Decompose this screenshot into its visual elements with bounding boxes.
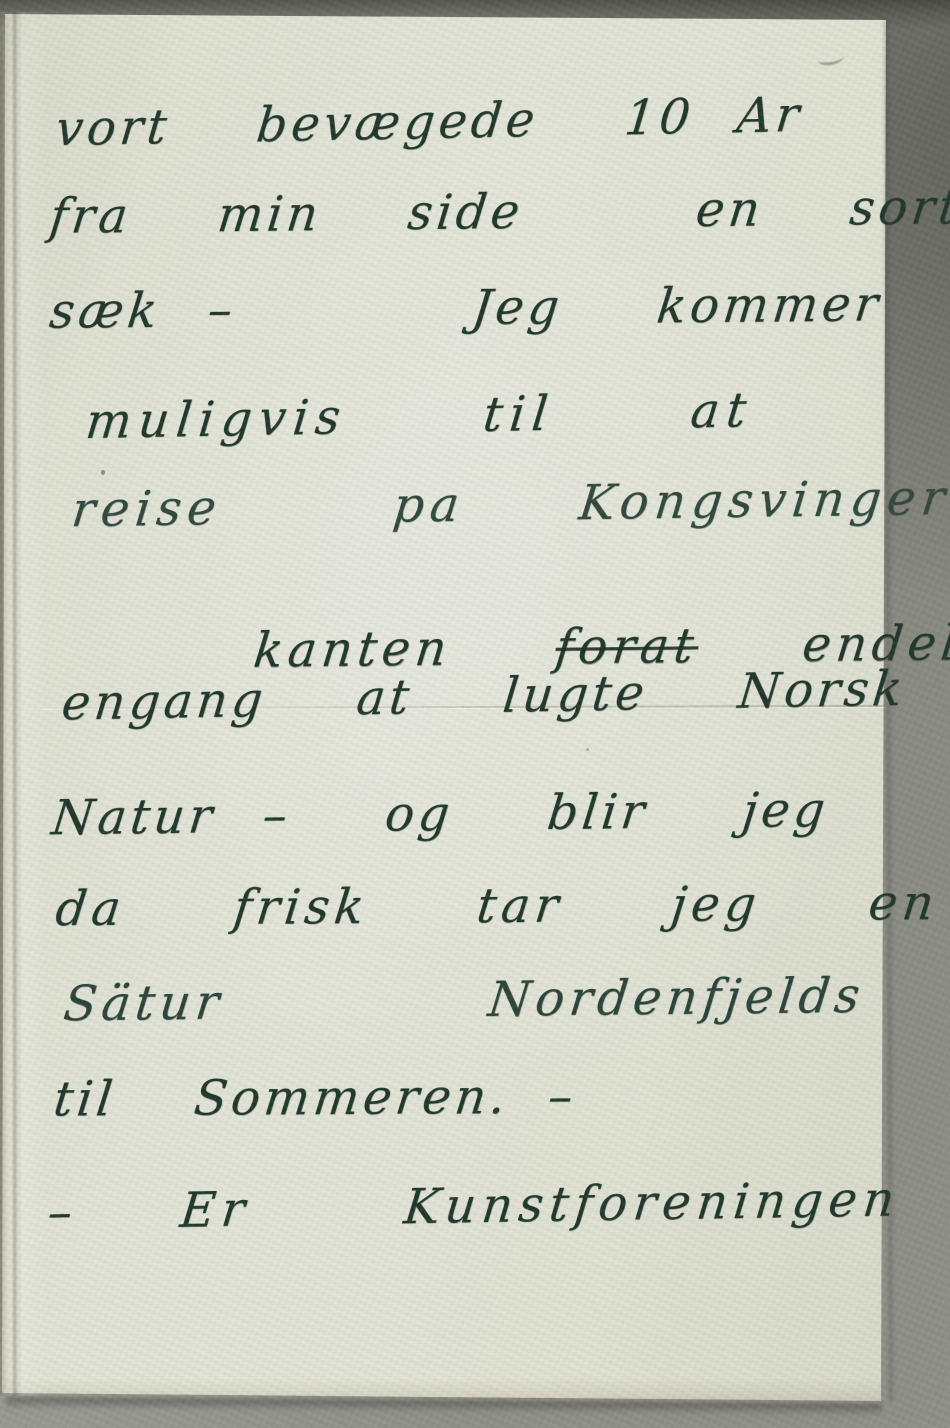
handwriting-line-7: engang at lugte Norsk — [60, 665, 909, 728]
handwriting-line-10: Sätur Nordenfjelds — [61, 972, 867, 1028]
handwriting-line-1: vort bevægede 10 Ar — [54, 91, 806, 153]
paper-bottom-shadow — [6, 1397, 882, 1416]
handwriting-line-4: muligvis til at — [84, 386, 756, 446]
handwriting-line-3: sæk – Jeg kommer — [47, 280, 884, 335]
handwriting-line-9: da frisk tar jeg en — [53, 879, 941, 933]
photo-backdrop: vort bevægede 10 Ar fra min side en sort… — [0, 0, 950, 1428]
handwriting-line-8: Natur – og blir jeg — [49, 786, 831, 842]
handwriting-line-12: – Er Kunstforeningen — [45, 1175, 902, 1236]
handwriting-line-11: til Sommeren. – — [51, 1073, 579, 1124]
handwriting-line-5: reise pa Kongsvinger — [69, 474, 950, 534]
handwriting-line-2: fra min side en sort — [47, 183, 950, 241]
